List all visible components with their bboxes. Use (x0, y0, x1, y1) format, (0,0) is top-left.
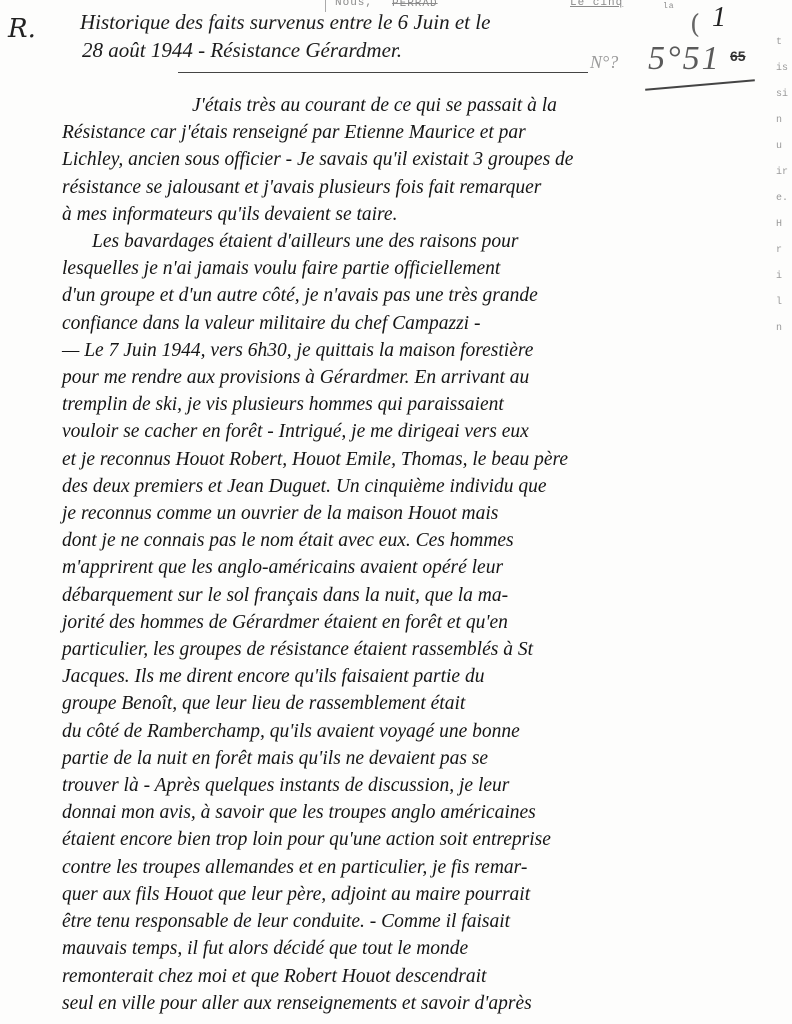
bleed-char: H (776, 212, 792, 238)
title-underline (178, 66, 588, 73)
body-line: donnai mon avis, à savoir que les troupe… (62, 799, 762, 826)
body-line: étaient encore bien trop loin pour qu'un… (62, 826, 762, 853)
body-line: jorité des hommes de Gérardmer étaient e… (62, 609, 762, 636)
margin-initial-mark: R. (8, 14, 36, 44)
bleed-char: ir (776, 160, 792, 186)
body-line: du côté de Ramberchamp, qu'ils avaient v… (62, 718, 762, 745)
body-line: Résistance car j'étais renseigné par Eti… (62, 119, 762, 146)
body-line: groupe Benoît, que leur lieu de rassembl… (62, 690, 762, 717)
body-line: dont je ne connais pas le nom était avec… (62, 527, 762, 554)
bleed-char: u (776, 134, 792, 160)
pencil-annotation: N°? (590, 52, 618, 73)
body-line: partie de la nuit en forêt mais qu'ils n… (62, 745, 762, 772)
bleed-through-text-la: la (663, 2, 675, 11)
body-line: trouver là - Après quelques instants de … (62, 772, 762, 799)
bleed-char: e. (776, 186, 792, 212)
body-line: débarquement sur le sol français dans la… (62, 582, 762, 609)
body-line: Lichley, ancien sous officier - Je savai… (62, 146, 762, 173)
body-line: contre les troupes allemandes et en part… (62, 854, 762, 881)
bleed-char: is (776, 56, 792, 82)
title-line-2: 28 août 1944 - Résistance Gérardmer. (80, 36, 600, 64)
handwritten-body: J'étais très au courant de ce qui se pas… (62, 92, 762, 1017)
body-line: — Le 7 Juin 1944, vers 6h30, je quittais… (62, 337, 762, 364)
body-line: J'étais très au courant de ce qui se pas… (62, 92, 762, 119)
bleed-char: i (776, 264, 792, 290)
body-line: confiance dans la valeur militaire du ch… (62, 310, 762, 337)
page-number-bracket: ( (690, 10, 700, 40)
body-line: des deux premiers et Jean Duguet. Un cin… (62, 473, 762, 500)
body-line: lesquelles je n'ai jamais voulu faire pa… (62, 255, 762, 282)
body-line: Jacques. Ils me dirent encore qu'ils fai… (62, 663, 762, 690)
bleed-char: t (776, 30, 792, 56)
body-line: à mes informateurs qu'ils devaient se ta… (62, 201, 762, 228)
bleed-char: si (776, 82, 792, 108)
bleed-char: l (776, 290, 792, 316)
body-line: seul en ville pour aller aux renseigneme… (62, 990, 762, 1017)
archive-old-number: 65 (730, 48, 746, 64)
body-line: je reconnus comme un ouvrier de la maiso… (62, 500, 762, 527)
body-line: mauvais temps, il fut alors décidé que t… (62, 935, 762, 962)
bleed-char: r (776, 238, 792, 264)
body-line: m'apprirent que les anglo-américains ava… (62, 554, 762, 581)
right-margin-bleed-through: t is si n u ir e. H r i l n (776, 30, 792, 342)
archive-number-underline (645, 79, 755, 91)
document-page: Nous, PERRAD Le cinq la R. Historique de… (0, 0, 792, 1024)
body-line: remonterait chez moi et que Robert Houot… (62, 963, 762, 990)
title-line-1: Historique des faits survenus entre le 6… (80, 8, 600, 36)
bleed-char: n (776, 316, 792, 342)
body-line: tremplin de ski, je vis plusieurs hommes… (62, 391, 762, 418)
body-line: quer aux fils Houot que leur père, adjoi… (62, 881, 762, 908)
body-line: résistance se jalousant et j'avais plusi… (62, 174, 762, 201)
archive-number: 5°51 (648, 40, 721, 78)
body-line: être tenu responsable de leur conduite. … (62, 908, 762, 935)
page-number: 1 (712, 2, 726, 34)
document-title: Historique des faits survenus entre le 6… (80, 8, 600, 64)
bleed-char: n (776, 108, 792, 134)
body-line: pour me rendre aux provisions à Gérardme… (62, 364, 762, 391)
body-line: et je reconnus Houot Robert, Houot Emile… (62, 446, 762, 473)
body-line: d'un groupe et d'un autre côté, je n'ava… (62, 282, 762, 309)
body-line: Les bavardages étaient d'ailleurs une de… (62, 228, 762, 255)
body-line: particulier, les groupes de résistance é… (62, 636, 762, 663)
body-line: vouloir se cacher en forêt - Intrigué, j… (62, 418, 762, 445)
